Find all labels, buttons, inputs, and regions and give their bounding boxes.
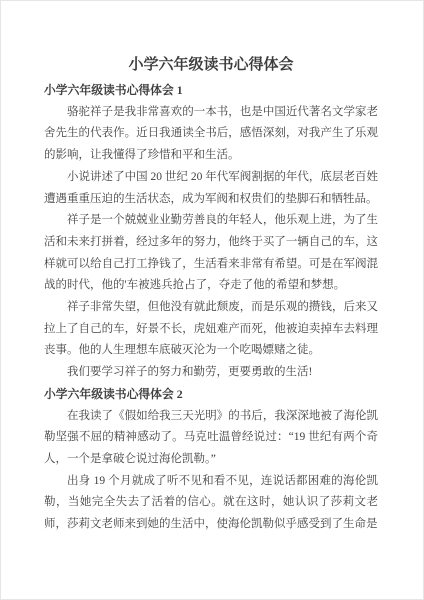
section-2-heading: 小学六年级读书心得体会 2 [44,384,378,406]
paragraph: 祥子是一个兢兢业业勤劳善良的年轻人，他乐观上进，为了生活和未来打拼着，经过多年的… [44,210,378,297]
document-page: 小学六年级读书心得体会 小学六年级读书心得体会 1 骆驼祥子是我非常喜欢的一本书… [0,0,424,600]
section-1-heading: 小学六年级读书心得体会 1 [44,80,378,102]
paragraph: 我们要学习祥子的努力和勤劳，更要勇敢的生活! [44,362,378,384]
paragraph: 出身 19 个月就成了听不见和看不见，连说话都困难的海伦凯勒，当她完全失去了活着… [44,471,378,536]
paragraph: 骆驼祥子是我非常喜欢的一本书，也是中国近代著名文学家老舍先生的代表作。近日我通读… [44,102,378,167]
section-1: 小学六年级读书心得体会 1 骆驼祥子是我非常喜欢的一本书，也是中国近代著名文学家… [44,80,378,384]
page-title: 小学六年级读书心得体会 [44,54,378,76]
paragraph: 祥子非常失望，但他没有就此颓废，而是乐观的攒钱，后来又拉上了自己的车，好景不长，… [44,297,378,362]
paragraph: 小说讲述了中国 20 世纪 20 年代军阀割据的年代，底层老百姓遭遇重重压迫的生… [44,167,378,210]
paragraph: 在我读了《假如给我三天光明》的书后，我深深地被了海伦凯勒坚强不屈的精神感动了。马… [44,406,378,471]
section-2: 小学六年级读书心得体会 2 在我读了《假如给我三天光明》的书后，我深深地被了海伦… [44,384,378,536]
document-content: 小学六年级读书心得体会 小学六年级读书心得体会 1 骆驼祥子是我非常喜欢的一本书… [44,54,378,536]
